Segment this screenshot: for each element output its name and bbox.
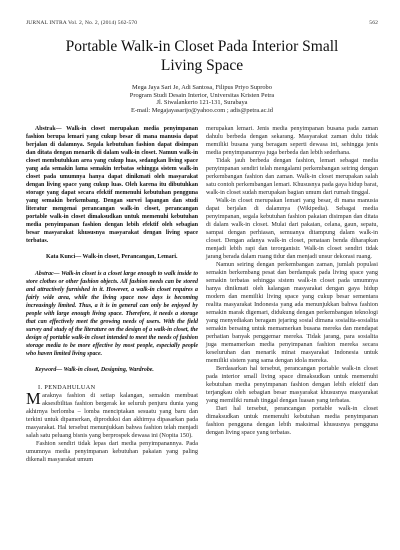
page-number: 562	[369, 20, 378, 26]
keywords-indonesian: Kata Kunci— Walk-in closet, Perancangan,…	[26, 253, 198, 261]
intro-paragraph-3: merupakan lemari. Jenis media penyimpana…	[206, 125, 378, 157]
address: Jl. Siwalankerto 121-131, Surabaya	[26, 99, 378, 107]
left-column: Abstrak— Walk-in closet merupakan media …	[26, 125, 198, 464]
intro-paragraph-4: Tidak jauh berbeda dengan fashion, lemar…	[206, 157, 378, 197]
dropcap-letter: M	[26, 392, 42, 406]
journal-info: JURNAL INTRA Vol. 2, No. 2, (2014) 562-5…	[26, 20, 137, 26]
abstract-label: Abstrak—	[35, 126, 62, 132]
paper-title: Portable Walk-in Closet Pada Interior Sm…	[44, 37, 360, 75]
journal-page: JURNAL INTRA Vol. 2, No. 2, (2014) 562-5…	[0, 0, 400, 550]
intro-paragraph-8: Dari hal tersebut, perancangan portable …	[206, 405, 378, 437]
author-block: Mega Jaya Sari Je, Adi Santosa, Filipus …	[26, 84, 378, 114]
intro-paragraph-1: Maraknya fashion di setiap kalangan, sem…	[26, 392, 198, 440]
running-header: JURNAL INTRA Vol. 2, No. 2, (2014) 562-5…	[26, 20, 378, 26]
intro-paragraph-7: Berdasarkan hal tersebut, perancangan po…	[206, 365, 378, 405]
section-heading-introduction: I. PENDAHULUAN	[38, 384, 198, 391]
affiliation: Program Studi Desain Interior, Universit…	[26, 92, 378, 100]
intro-paragraph-2: Fashion sendiri tidak lepas dari media p…	[26, 440, 198, 464]
intro-paragraph-6: Namun seiring dengan perkembangan zaman,…	[206, 261, 378, 365]
abstract-text: Walk-in closet merupakan media penyimpan…	[26, 126, 198, 244]
abstract-en-text: Walk-in closet is a closet large enough …	[26, 271, 198, 357]
authors: Mega Jaya Sari Je, Adi Santosa, Filipus …	[26, 84, 378, 92]
two-column-body: Abstrak— Walk-in closet merupakan media …	[26, 125, 378, 464]
abstract-en-label: Abstrac—	[35, 271, 60, 277]
right-column: merupakan lemari. Jenis media penyimpana…	[206, 125, 378, 464]
abstract-english: Abstrac— Walk-in closet is a closet larg…	[26, 270, 198, 358]
abstract-indonesian: Abstrak— Walk-in closet merupakan media …	[26, 125, 198, 245]
intro-paragraph-1-text: araknya fashion di setiap kalangan, sema…	[26, 392, 198, 439]
intro-paragraph-5: Walk-in closet merupakan lemari yang bes…	[206, 197, 378, 261]
email-line: E-mail: Megajayasarijo@yahoo.com ; adis@…	[26, 107, 378, 115]
keywords-english: Keyword— Walk-in closet, Designing, Ward…	[26, 366, 198, 374]
